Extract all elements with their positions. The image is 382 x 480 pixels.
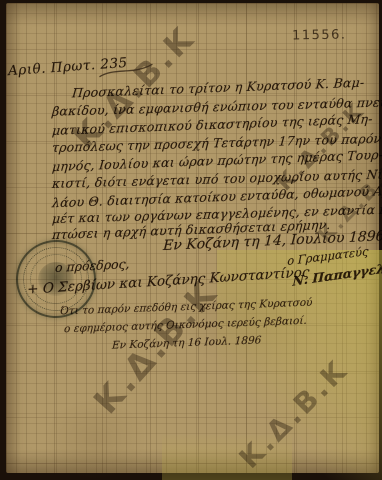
- archive-number: 11556.: [292, 28, 347, 44]
- scanned-letter-page: Κ.Δ.Β.Κ Κ.Δ.Β.Κ Κ.Δ.Β.Κ Κ.Δ.Β.Κ Κ.Δ.Β.Κ …: [0, 0, 382, 480]
